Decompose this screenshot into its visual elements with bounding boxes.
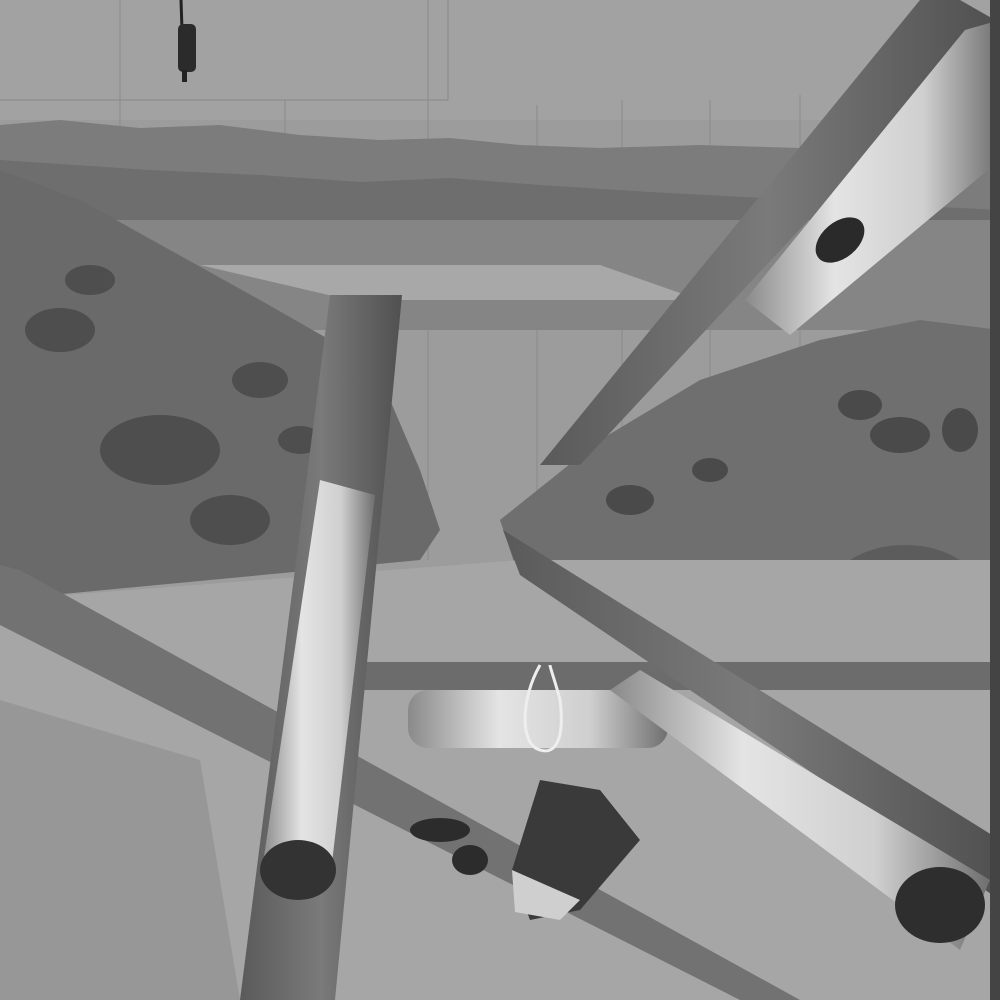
scene-drawing <box>0 0 1000 1000</box>
photograph <box>0 0 1000 1000</box>
